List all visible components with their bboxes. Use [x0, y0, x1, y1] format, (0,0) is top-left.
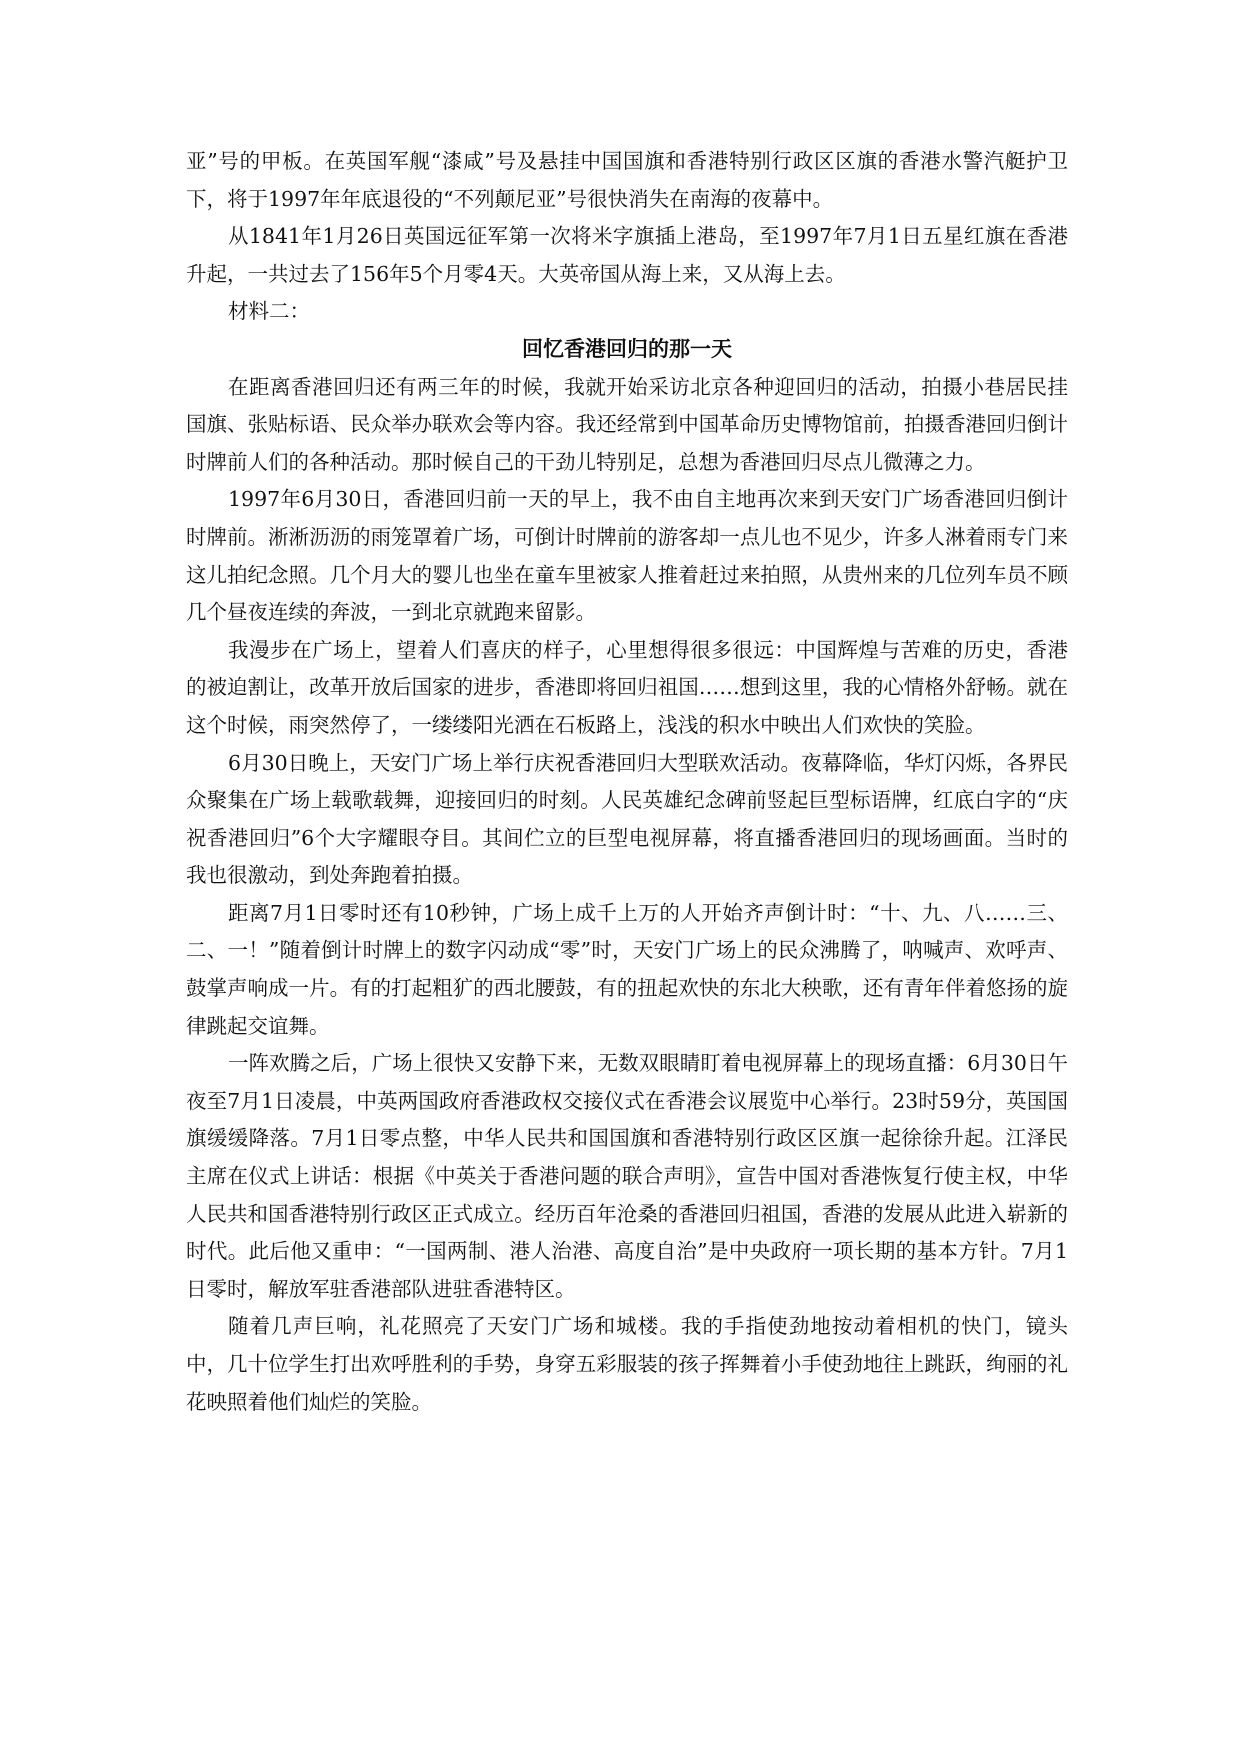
paragraph: 6月30日晚上，天安门广场上举行庆祝香港回归大型联欢活动。夜幕降临，华灯闪烁，各… — [186, 745, 1068, 895]
paragraph: 我漫步在广场上，望着人们喜庆的样子，心里想得很多很远：中国辉煌与苦难的历史，香港… — [186, 632, 1068, 745]
paragraph: 1997年6月30日，香港回归前一天的早上，我不由自主地再次来到天安门广场香港回… — [186, 481, 1068, 631]
article-title: 回忆香港回归的那一天 — [186, 331, 1068, 369]
document-page: 亚”号的甲板。在英国军舰“漆咸”号及悬挂中国国旗和香港特别行政区区旗的香港水警汽… — [186, 143, 1068, 1421]
paragraph-hong-kong-timespan: 从1841年1月26日英国远征军第一次将米字旗插上港岛，至1997年7月1日五星… — [186, 218, 1068, 293]
material-label: 材料二： — [186, 293, 1068, 331]
paragraph: 随着几声巨响，礼花照亮了天安门广场和城楼。我的手指使劲地按动着相机的快门，镜头中… — [186, 1308, 1068, 1421]
paragraph: 在距离香港回归还有两三年的时候，我就开始采访北京各种迎回归的活动，拍摄小巷居民挂… — [186, 369, 1068, 482]
paragraph-continuation: 亚”号的甲板。在英国军舰“漆咸”号及悬挂中国国旗和香港特别行政区区旗的香港水警汽… — [186, 143, 1068, 218]
paragraph: 一阵欢腾之后，广场上很快又安静下来，无数双眼睛盯着电视屏幕上的现场直播：6月30… — [186, 1045, 1068, 1308]
paragraph: 距离7月1日零时还有10秒钟，广场上成千上万的人开始齐声倒计时：“十、九、八……… — [186, 895, 1068, 1045]
